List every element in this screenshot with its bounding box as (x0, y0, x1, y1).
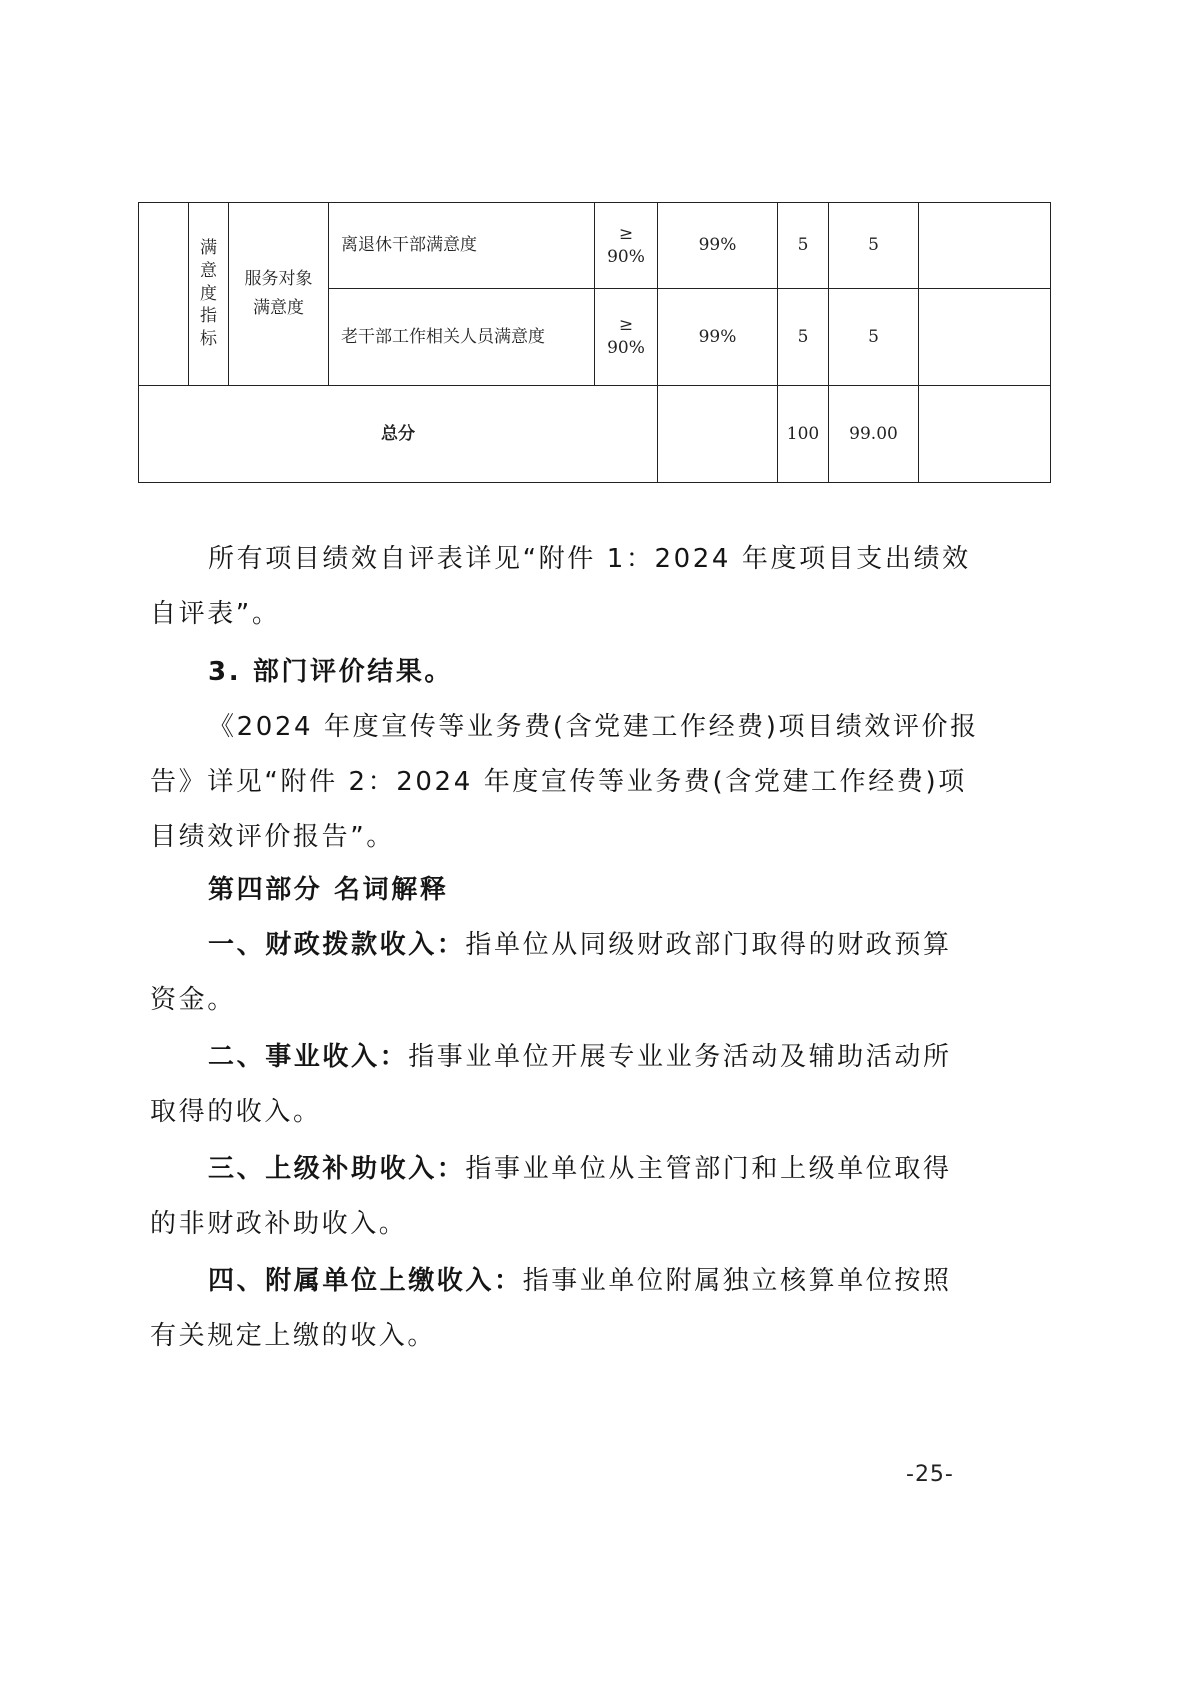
section-title: 第四部分 名词解释 (150, 863, 980, 918)
total-score-cell: 99.00 (829, 386, 919, 483)
score-cell: 5 (829, 289, 919, 386)
subcategory-line: 满意度 (253, 298, 304, 318)
gte-symbol: ≥ (619, 224, 633, 244)
term-label: 一、财政拨款收入： (208, 930, 465, 960)
document-page: 满 意 度 指 标 服务对象 满意度 离退休干部满意度 ≥ 90% 99% 5 … (0, 0, 1190, 1683)
subheading-dept-evaluation: 3. 部门评价结果。 (150, 645, 980, 700)
term-label: 三、上级补助收入： (208, 1154, 465, 1184)
term-label: 四、附属单位上缴收入： (208, 1266, 523, 1296)
term-definition: 三、上级补助收入：指事业单位从主管部门和上级单位取得的非财政补助收入。 (150, 1142, 980, 1252)
page-number: -25- (906, 1462, 954, 1487)
remark-cell (919, 289, 1051, 386)
total-weight-cell: 100 (778, 386, 829, 483)
term-definition: 二、事业收入：指事业单位开展专业业务活动及辅助活动所取得的收入。 (150, 1030, 980, 1140)
paragraph-attachment-1: 所有项目绩效自评表详见“附件 1：2024 年度项目支出绩效自评表”。 (150, 532, 980, 642)
term-label: 二、事业收入： (208, 1042, 408, 1072)
actual-cell: 99% (658, 289, 778, 386)
remark-cell (919, 203, 1051, 289)
weight-cell: 5 (778, 203, 829, 289)
total-remark-cell (919, 386, 1051, 483)
target-cell: ≥ 90% (595, 203, 658, 289)
category-char: 满 (200, 238, 217, 258)
category-char: 指 (200, 306, 217, 326)
score-cell: 5 (829, 203, 919, 289)
category-char: 意 (200, 261, 217, 281)
gte-symbol: ≥ (619, 315, 633, 335)
weight-cell: 5 (778, 289, 829, 386)
indicator-cell: 离退休干部满意度 (329, 203, 595, 289)
performance-table: 满 意 度 指 标 服务对象 满意度 离退休干部满意度 ≥ 90% 99% 5 … (138, 202, 1051, 483)
category-cell: 满 意 度 指 标 (189, 203, 229, 386)
indicator-cell: 老干部工作相关人员满意度 (329, 289, 595, 386)
paragraph-attachment-2: 《2024 年度宣传等业务费(含党建工作经费)项目绩效评价报告》详见“附件 2：… (150, 700, 980, 865)
subcategory-line: 服务对象 (245, 269, 313, 289)
target-cell: ≥ 90% (595, 289, 658, 386)
target-value: 90% (607, 338, 645, 358)
term-definition: 一、财政拨款收入：指单位从同级财政部门取得的财政预算资金。 (150, 918, 980, 1028)
total-label: 总分 (139, 386, 658, 483)
subcategory-cell: 服务对象 满意度 (229, 203, 329, 386)
target-value: 90% (607, 247, 645, 267)
term-definition: 四、附属单位上缴收入：指事业单位附属独立核算单位按照有关规定上缴的收入。 (150, 1254, 980, 1364)
category-char: 度 (200, 284, 217, 304)
total-row: 总分 100 99.00 (139, 386, 1051, 483)
actual-cell: 99% (658, 203, 778, 289)
table-cell-blank (139, 203, 189, 386)
category-char: 标 (200, 329, 217, 349)
table-row: 满 意 度 指 标 服务对象 满意度 离退休干部满意度 ≥ 90% 99% 5 … (139, 203, 1051, 289)
total-actual-cell (658, 386, 778, 483)
